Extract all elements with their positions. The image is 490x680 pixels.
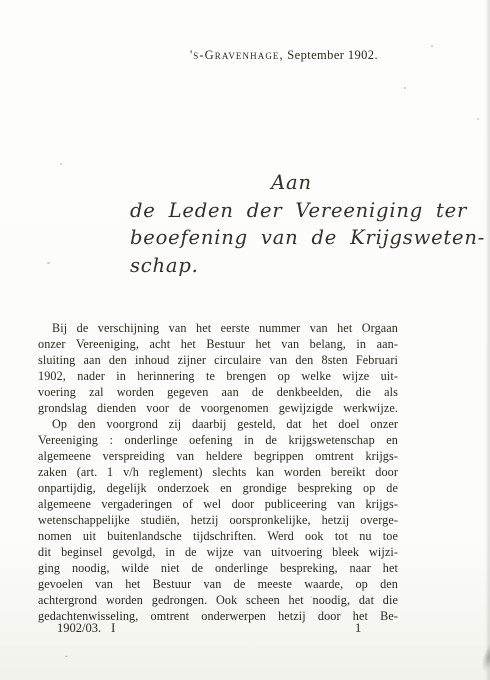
body-line: sluiting aan den inhoud zijner circulair… (38, 352, 398, 368)
scan-corner-smudge (479, 641, 490, 673)
body-line: achtergrond worden gedrongen. Ook scheen… (38, 592, 398, 608)
body-line: 1902, nader in herinnering te brengen op… (38, 368, 398, 384)
body-line: algemeene vergaderingen of wel door publ… (38, 496, 398, 512)
salutation-line: de Leden der Vereeniging ter (130, 197, 408, 225)
body-line: grondslag dienden voor de voorgenomen ge… (38, 400, 398, 416)
signature-mark: 1902/03. (57, 621, 101, 635)
page-number: 1 (355, 621, 361, 636)
salutation-script: Aan de Leden der Vereeniging ter beoefen… (130, 169, 408, 279)
scan-speck (477, 118, 479, 120)
scan-speck (431, 45, 433, 47)
body-line: nomen uit buitenlandsche tijdschriften. … (38, 528, 398, 544)
dateline: 's-Gravenhage, September 1902. (0, 48, 378, 63)
page-footer: 1902/03.I 1 (38, 621, 398, 636)
body-text: Bij de verschijning van het eerste numme… (38, 320, 398, 624)
body-line: onzer Vereeniging, acht het Bestuur het … (38, 336, 398, 352)
scan-pen-mark: ` (64, 654, 72, 667)
body-line: zaken (art. 1 v/h reglement) slechts kan… (38, 464, 398, 480)
body-line: algemeene verspreiding van heldere begri… (38, 448, 398, 464)
scan-speck (60, 163, 62, 165)
body-line: ging noodig, wilde niet de onderlinge be… (38, 560, 398, 576)
scan-speck (47, 262, 50, 264)
scan-speck (404, 87, 406, 89)
salutation-line: beoefening van de Krijgsweten- (130, 224, 408, 252)
body-line: onpartijdig, degelijk onderzoek en grond… (38, 480, 398, 496)
volume-numeral: I (111, 621, 115, 635)
body-line: dit beginsel gevolgd, in de wijze van ui… (38, 544, 398, 560)
body-line: Vereeniging : onderlinge oefening in de … (38, 432, 398, 448)
body-line: Op den voorgrond zij daarbij gesteld, da… (38, 416, 398, 432)
salutation-line: schap. (130, 252, 408, 280)
scan-speck (310, 596, 312, 598)
body-line: Bij de verschijning van het eerste numme… (38, 320, 398, 336)
salutation-line: Aan (130, 169, 408, 197)
body-line: gevoelen van het Bestuur van de meeste w… (38, 576, 398, 592)
body-line: wetenschappelijke studiën, hetzij oorspr… (38, 512, 398, 528)
dateline-place: 's-Gravenhage, (190, 48, 284, 62)
body-line: voering zal worden gegeven aan de denkbe… (38, 384, 398, 400)
dateline-date: September 1902. (287, 48, 378, 62)
scanned-document-page: 's-Gravenhage, September 1902. Aan de Le… (0, 0, 490, 680)
